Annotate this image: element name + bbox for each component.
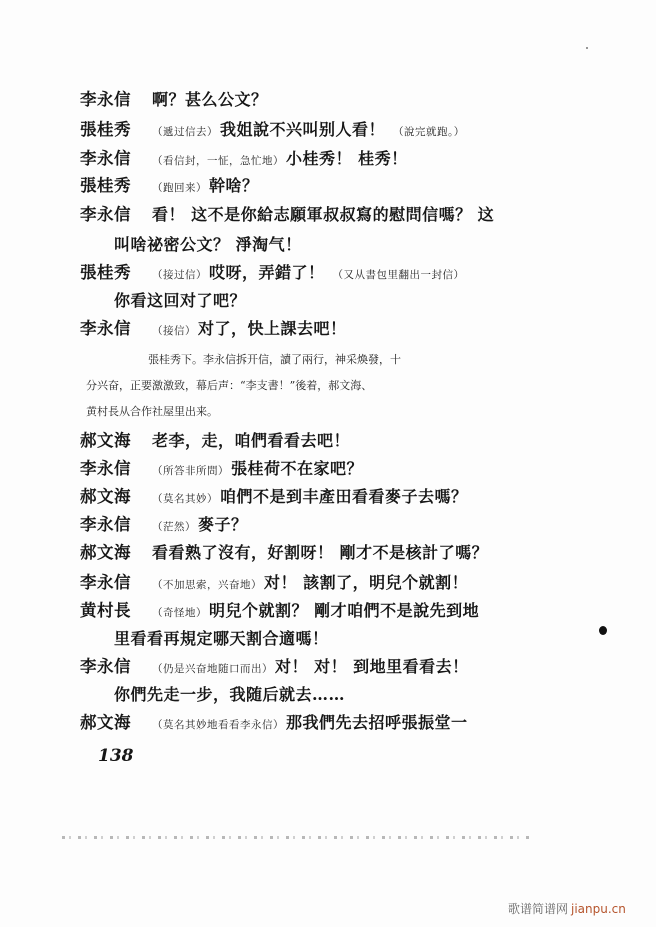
speaker-name: 郝文海: [80, 543, 152, 563]
stage-direction-paragraph: 張桂秀下。李永信拆开信，讀了兩行，神采煥發，十 分兴奋，正要激激致，幕后声：“李…: [114, 347, 494, 425]
speaker-name: 黄村長: [80, 601, 152, 621]
scan-speck: [599, 626, 607, 635]
speaker-name: 李永信: [80, 515, 152, 535]
speaker-name: 張桂秀: [80, 120, 152, 140]
scan-speck: [586, 47, 588, 49]
speech-text: 小桂秀！ 桂秀！: [286, 149, 408, 168]
dialogue-line: 李永信看！ 这不是你給志願軍叔叔寫的慰問信嗎？ 这: [80, 205, 494, 225]
dialogue-line: 郝文海（莫名其妙地看看李永信）那我們先去招呼張振堂一: [80, 713, 468, 735]
stage-direction-inline: （茫然）: [152, 521, 196, 533]
speech-text: 幹啥？: [209, 176, 259, 195]
stage-direction-inline: （遞过信去）: [152, 126, 218, 138]
dialogue-line: 張桂秀（接过信）哎呀，弄錯了！（又从書包里翻出一封信）: [80, 263, 467, 285]
speaker-name: 李永信: [80, 573, 152, 593]
dialogue-line: 李永信（看信封，一怔，急忙地）小桂秀！ 桂秀！: [80, 149, 408, 171]
speaker-name: 張桂秀: [80, 263, 152, 283]
stage-direction-inline: （所答非所問）: [152, 465, 229, 477]
speaker-name: 郝文海: [80, 487, 152, 507]
speech-text: 老李，走，咱們看看去吧！: [152, 431, 350, 450]
speaker-name: 李永信: [80, 149, 152, 169]
speaker-name: 張桂秀: [80, 176, 152, 196]
speech-text: 哎呀，弄錯了！: [209, 263, 325, 282]
dialogue-line: 李永信（接信）对了，快上課去吧！: [80, 319, 347, 341]
speech-continuation: 你看这回对了吧？: [114, 291, 246, 311]
dialogue-line: 李永信（不加思索，兴奋地）对！ 該割了，明兒个就割！: [80, 573, 468, 595]
stage-direction-line: 張桂秀下。李永信拆开信，讀了兩行，神采煥發，十: [114, 347, 494, 373]
speech-continuation: 里看看再規定哪天割合適嗎！: [114, 629, 329, 649]
speaker-name: 李永信: [80, 205, 152, 225]
dialogue-line: 李永信（茫然）麥子？: [80, 515, 248, 537]
speaker-name: 李永信: [80, 319, 152, 339]
dialogue-line: 郝文海老李，走，咱們看看去吧！: [80, 431, 350, 451]
stage-direction-inline: （仍是兴奋地随口而出）: [152, 663, 273, 675]
dialogue-line: 郝文海（莫名其妙）咱們不是到丰產田看看麥子去嗎？: [80, 487, 468, 509]
speech-text: 对！ 对！ 到地里看看去！: [275, 657, 469, 676]
stage-direction-inline: （跑回来）: [152, 182, 207, 194]
speaker-name: 李永信: [80, 459, 152, 479]
stage-direction-inline: （看信封，一怔，急忙地）: [152, 155, 284, 167]
stage-direction-trailing: （又从書包里翻出一封信）: [333, 269, 465, 281]
dialogue-line: 李永信（所答非所問）張桂荷不在家吧？: [80, 459, 363, 481]
speaker-name: 郝文海: [80, 431, 152, 451]
speech-text: 对了，快上課去吧！: [198, 319, 347, 338]
speech-text: 張桂荷不在家吧？: [231, 459, 363, 478]
speech-text: 看！ 这不是你給志願軍叔叔寫的慰問信嗎？ 这: [152, 205, 494, 224]
dialogue-line: 李永信啊？甚么公文？: [80, 90, 268, 110]
speech-text: 对！ 該割了，明兒个就割！: [264, 573, 468, 592]
stage-direction-inline: （不加思索，兴奋地）: [152, 579, 262, 591]
scan-edge-noise: [62, 836, 532, 839]
stage-direction-inline: （莫名其妙地看看李永信）: [152, 719, 284, 731]
speech-text: 看看熟了沒有，好割呀！ 剛才不是核計了嗎？: [152, 543, 488, 562]
watermark-label: 歌谱简谱网: [508, 902, 568, 916]
dialogue-line: 黄村長（奇怪地）明兒个就割？ 剛才咱們不是說先到地: [80, 601, 479, 623]
stage-direction-line: 黄村長从合作社屋里出来。: [86, 399, 494, 425]
speaker-name: 郝文海: [80, 713, 152, 733]
dialogue-line: 張桂秀（遞过信去）我姐說不兴叫别人看！（說完就跑。）: [80, 120, 467, 142]
speech-text: 那我們先去招呼張振堂一: [286, 713, 468, 732]
stage-direction-inline: （莫名其妙）: [152, 493, 218, 505]
speech-text: 啊？甚么公文？: [152, 90, 268, 109]
dialogue-line: 郝文海看看熟了沒有，好割呀！ 剛才不是核計了嗎？: [80, 543, 488, 563]
speech-text: 咱們不是到丰產田看看麥子去嗎？: [220, 487, 468, 506]
speaker-name: 李永信: [80, 90, 152, 110]
watermark: 歌谱简谱网jianpu.cn: [508, 900, 626, 917]
dialogue-line: 李永信（仍是兴奋地随口而出）对！ 对！ 到地里看看去！: [80, 657, 469, 679]
stage-direction-inline: （接过信）: [152, 269, 207, 281]
stage-direction-trailing: （說完就跑。）: [393, 126, 465, 138]
stage-direction-line: 分兴奋，正要激激致，幕后声：“李支書！”後着，郝文海、: [86, 373, 494, 399]
speech-continuation: 你們先走一步，我随后就去……: [114, 685, 345, 705]
speaker-name: 李永信: [80, 657, 152, 677]
watermark-site: jianpu.cn: [571, 902, 626, 916]
speech-continuation: 叫啥祕密公文？ 淨淘气！: [114, 235, 302, 255]
stage-direction-inline: （奇怪地）: [152, 607, 207, 619]
speech-text: 我姐說不兴叫别人看！: [220, 120, 385, 139]
stage-direction-inline: （接信）: [152, 325, 196, 337]
speech-text: 麥子？: [198, 515, 248, 534]
scanned-book-page: 李永信啊？甚么公文？ 張桂秀（遞过信去）我姐說不兴叫别人看！（說完就跑。） 李永…: [0, 0, 656, 927]
page-number: 138: [98, 746, 134, 766]
speech-text: 明兒个就割？ 剛才咱們不是說先到地: [209, 601, 479, 620]
dialogue-line: 張桂秀（跑回来）幹啥？: [80, 176, 259, 198]
